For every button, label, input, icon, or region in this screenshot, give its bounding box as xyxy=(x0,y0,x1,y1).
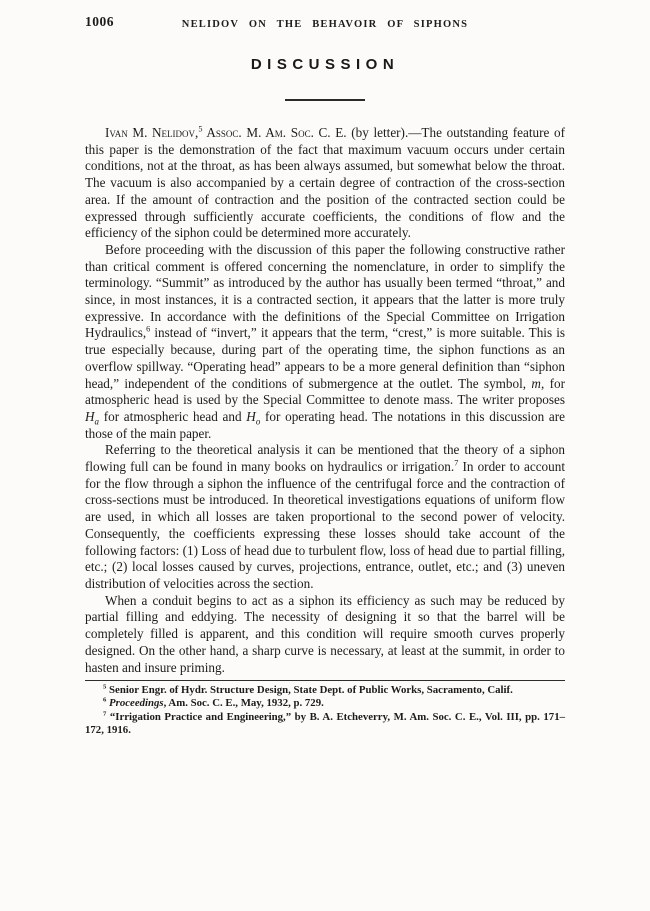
article-body: Ivan M. Nelidov,5 Assoc. M. Am. Soc. C. … xyxy=(85,125,565,676)
symbol-m: m xyxy=(531,376,541,391)
footnote-6-journal-title: Proceedings xyxy=(106,697,163,709)
symbol-H-operating: H xyxy=(246,409,256,424)
page-number: 1006 xyxy=(85,14,114,30)
paragraph-1: Ivan M. Nelidov,5 Assoc. M. Am. Soc. C. … xyxy=(85,125,565,242)
paragraph-1-text: (by letter).—The outstanding feature of … xyxy=(85,125,565,240)
footnotes-block: 5 Senior Engr. of Hydr. Structure Design… xyxy=(85,684,565,737)
paragraph-2-text-d: for atmospheric head and xyxy=(99,409,246,424)
footnote-7: 7 “Irrigation Practice and Engineering,”… xyxy=(85,711,565,737)
paragraph-2: Before proceeding with the discussion of… xyxy=(85,242,565,442)
section-title: DISCUSSION xyxy=(85,56,565,73)
paragraph-4-text: When a conduit begins to act as a siphon… xyxy=(85,593,565,675)
paragraph-3: Referring to the theoretical analysis it… xyxy=(85,442,565,592)
paragraph-3-text-b: In order to account for the flow through… xyxy=(85,459,565,591)
footnote-5: 5 Senior Engr. of Hydr. Structure Design… xyxy=(85,684,565,697)
title-divider-rule xyxy=(285,99,365,101)
footnote-6: 6 Proceedings, Am. Soc. C. E., May, 1932… xyxy=(85,697,565,710)
symbol-H-atmospheric: H xyxy=(85,409,95,424)
footnote-7-text: “Irrigation Practice and Engineering,” b… xyxy=(85,711,565,736)
author-name: Ivan M. Nelidov, xyxy=(105,125,198,140)
footnote-5-text: Senior Engr. of Hydr. Structure Design, … xyxy=(106,684,513,696)
page-header: 1006 NELIDOV ON THE BEHAVOIR OF SIPHONS xyxy=(85,14,565,30)
paragraph-2-text-b: instead of “invert,” it appears that the… xyxy=(85,325,565,390)
footnote-divider-rule xyxy=(85,680,565,681)
running-head: NELIDOV ON THE BEHAVOIR OF SIPHONS xyxy=(182,19,468,30)
paragraph-4: When a conduit begins to act as a siphon… xyxy=(85,593,565,677)
footnote-6-text: , Am. Soc. C. E., May, 1932, p. 729. xyxy=(164,697,324,709)
author-affiliation: Assoc. M. Am. Soc. C. E. xyxy=(202,125,351,140)
scanned-paper-page: 1006 NELIDOV ON THE BEHAVOIR OF SIPHONS … xyxy=(0,0,650,911)
